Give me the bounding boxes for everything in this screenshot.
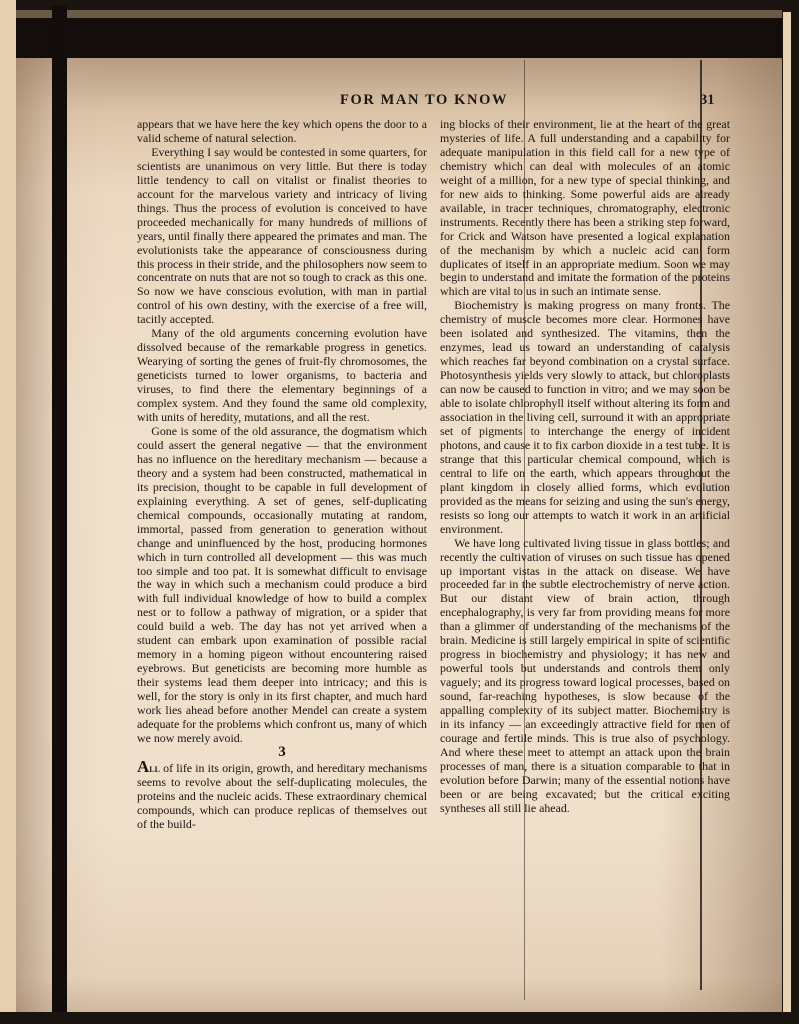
binding-shadow (52, 6, 67, 1016)
section-text: of life in its origin, growth, and hered… (137, 761, 427, 831)
small-caps: ll (149, 761, 160, 775)
paragraph: Everything I say would be contested in s… (137, 146, 427, 327)
paragraph: appears that we have here the key which … (137, 118, 427, 146)
page-right-edge (783, 12, 791, 1012)
page-number: 31 (700, 92, 715, 109)
scan-shadow-band (16, 18, 782, 58)
section-number: 3 (137, 746, 427, 760)
paragraph: ing blocks of their environment, lie at … (440, 118, 730, 299)
section-opening-paragraph: All of life in its origin, growth, and h… (137, 760, 427, 832)
page-top-edge (16, 10, 782, 18)
left-column: appears that we have here the key which … (137, 118, 427, 832)
scan-border-bottom (0, 1012, 799, 1024)
paragraph: Gone is some of the old assurance, the d… (137, 425, 427, 746)
right-column: ing blocks of their environment, lie at … (440, 118, 730, 816)
paragraph: We have long cultivated living tissue in… (440, 537, 730, 816)
paragraph: Biochemistry is making progress on many … (440, 299, 730, 536)
drop-cap: A (137, 757, 149, 776)
scan-border-left (0, 0, 16, 1024)
running-head: FOR MAN TO KNOW (340, 92, 508, 109)
scan-border-top (16, 0, 799, 10)
paragraph: Many of the old arguments concerning evo… (137, 327, 427, 425)
